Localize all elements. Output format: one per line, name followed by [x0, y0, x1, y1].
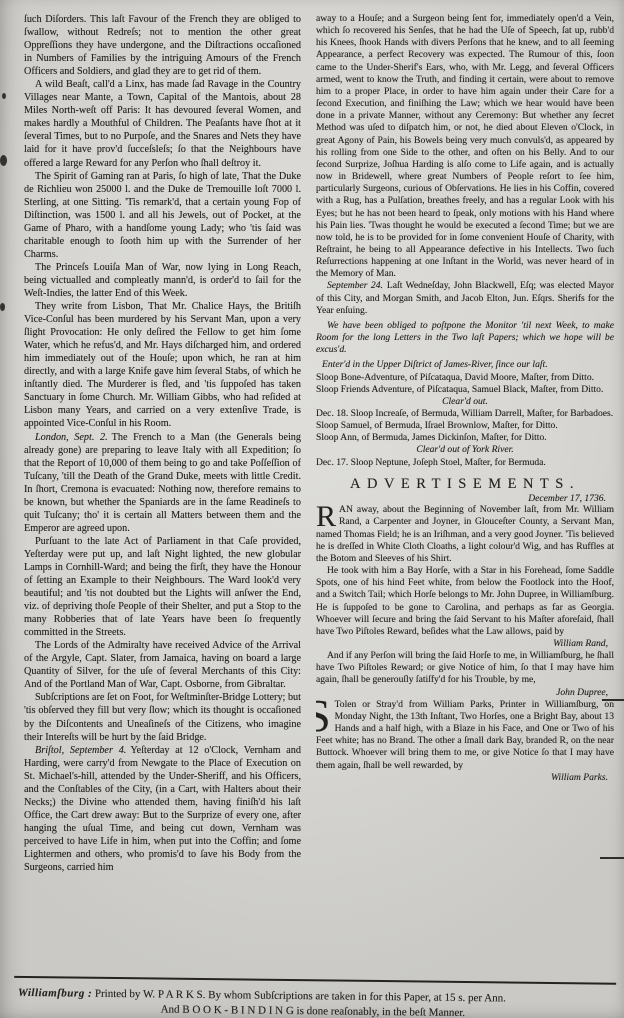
news-paragraph: A wild Beaſt, call'd a Linx, has made ſa…: [24, 78, 301, 169]
advertisement: He took with him a Bay Horſe, with a Sta…: [316, 565, 614, 638]
signature: John Dupree,: [316, 687, 614, 699]
ink-blot: [0, 303, 5, 311]
page-footer: Williamſburg : Printed by W. P A R K S. …: [6, 975, 620, 1018]
shipping-entry: Dec. 18. Sloop Increaſe, of Bermuda, Wil…: [316, 408, 614, 420]
dateline: London, Sept. 2.: [35, 432, 108, 443]
advertisement: RAN away, about the Beginning of Novembe…: [316, 504, 614, 565]
news-paragraph: The Lords of the Admiralty have received…: [24, 639, 301, 691]
shipping-entry: Sloop Samuel, of Bermuda, Iſrael Brownlo…: [316, 420, 614, 432]
advertisement-text: AN away, about the Beginning of November…: [316, 504, 614, 564]
advertisements-heading: ADVERTISEMENTS.: [316, 476, 614, 493]
advertisement: STolen or Stray'd from William Parks, Pr…: [316, 699, 614, 772]
scan-artifact-dash: [600, 857, 624, 859]
paragraph-text: The French to a Man (the Generals being …: [24, 432, 301, 534]
shipping-entry: Dec. 17. Sloop Neptune, Joſeph Stoel, Ma…: [316, 457, 614, 469]
imprint-text: Printed by W. P A R K S. By whom Subſcri…: [95, 987, 506, 1004]
footer-rule: [14, 975, 616, 984]
ink-blot: [0, 155, 7, 166]
dateline: September 24.: [327, 280, 383, 291]
signature: William Parks.: [316, 772, 614, 784]
text-columns: ſuch Diſorders. This laſt Favour of the …: [0, 0, 624, 952]
shipping-cleared-header: Clear'd out of York River.: [316, 444, 614, 456]
newspaper-page: ſuch Diſorders. This laſt Favour of the …: [0, 0, 624, 1018]
shipping-entry: Sloop Friends Adventure, of Piſcataqua, …: [316, 384, 614, 396]
drop-cap: R: [316, 504, 339, 528]
news-paragraph: Subſcriptions are ſet on Foot, for Weſtm…: [24, 691, 301, 743]
signature: William Rand,: [316, 638, 614, 650]
news-paragraph: away to a Houſe; and a Surgeon being ſen…: [316, 13, 614, 280]
news-paragraph: September 24.Laſt Wedneſday, John Blackw…: [316, 280, 614, 316]
advertisement: And if any Perſon will bring the ſaid Ho…: [316, 650, 614, 686]
imprint-place: Williamſburg :: [18, 986, 92, 999]
shipping-entry: Sloop Bone-Adventure, of Piſcataqua, Dav…: [316, 372, 614, 384]
shipping-cleared-header: Clear'd out.: [316, 396, 614, 408]
right-column: away to a Houſe; and a Surgeon being ſen…: [316, 13, 614, 952]
dateline: Briſtol, September 4.: [35, 745, 126, 756]
news-paragraph: They write from Lisbon, That Mr. Chalice…: [24, 300, 301, 430]
shipping-entered-header: Enter'd in the Upper Diſtrict of James-R…: [316, 359, 614, 371]
paragraph-text: Yeſterday at 12 o'Clock, Vernham and Har…: [24, 745, 301, 873]
ink-blot: [2, 93, 6, 99]
news-paragraph: Briſtol, September 4.Yeſterday at 12 o'C…: [24, 744, 301, 874]
advertisement-date: December 17, 1736.: [316, 493, 614, 505]
scan-artifact-dash: [602, 699, 624, 701]
news-paragraph: Purſuant to the late Act of Parliament i…: [24, 535, 301, 639]
news-paragraph: ſuch Diſorders. This laſt Favour of the …: [24, 13, 301, 78]
news-paragraph: London, Sept. 2.The French to a Man (the…: [24, 431, 301, 535]
editor-notice: We have been obliged to poſtpone the Mon…: [316, 320, 614, 356]
left-column: ſuch Diſorders. This laſt Favour of the …: [24, 13, 301, 952]
drop-cap: S: [316, 699, 335, 733]
news-paragraph: The Spirit of Gaming ran at Paris, ſo hi…: [24, 170, 301, 261]
news-paragraph: The Princeſs Louiſa Man of War, now lyin…: [24, 261, 301, 300]
shipping-entry: Sloop Ann, of Bermuda, James Dickinſon, …: [316, 432, 614, 444]
advertisement-text: Tolen or Stray'd from William Parks, Pri…: [316, 699, 614, 771]
